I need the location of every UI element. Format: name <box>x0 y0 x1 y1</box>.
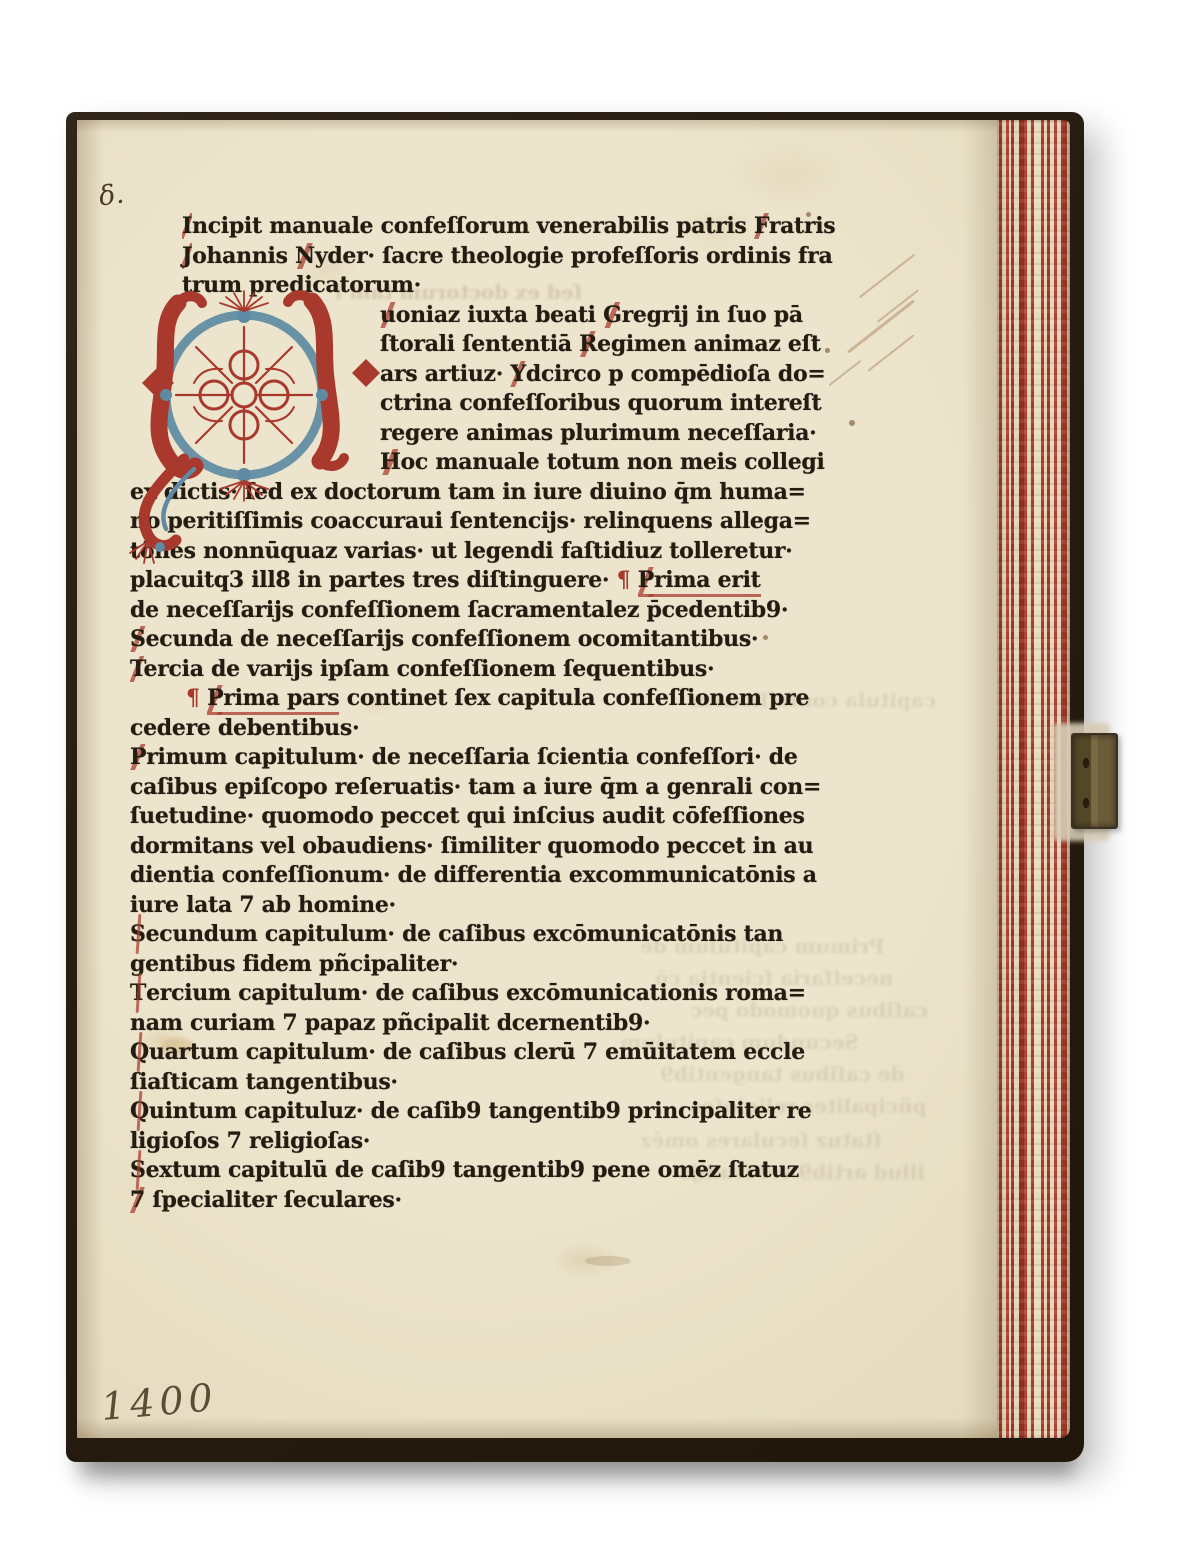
text-line: iure lata 7 ab homine· <box>130 891 806 921</box>
text-line: Quintum capituluz· de caſib9 tangentib9 … <box>130 1097 806 1127</box>
text-line: caſibus epiſcopo reſeruatis· tam a iure … <box>130 773 806 803</box>
scratch-mark <box>847 299 915 353</box>
text-line: ligioſos 7 religioſas· <box>130 1127 806 1157</box>
book-inner: ſed ex doctorum tam icapitula confeſſion… <box>77 120 1070 1438</box>
text-line: cedere debentibus· <box>130 714 806 744</box>
text-line: Secunda de neceſſarijs confeſſionem ocom… <box>130 625 806 655</box>
stain-smudge <box>585 1256 631 1266</box>
scratch-mark <box>868 334 915 371</box>
scratch-mark <box>829 360 862 386</box>
text-line: Incipit manuale confeſſorum venerabilis … <box>182 212 806 242</box>
text-line: Quartum capitulum· de caſibus clerū 7 em… <box>130 1038 806 1068</box>
text-line: ſiaſticam tangentibus· <box>130 1068 806 1098</box>
text-line: gentibus fidem pñcipaliter· <box>130 950 806 980</box>
body-text: ex dictis· ſed ex doctorum tam in iure d… <box>130 478 806 1216</box>
text-line: Sextum capitulū de caſib9 tangentib9 pen… <box>130 1156 806 1186</box>
book-binding: ſed ex doctorum tam icapitula confeſſion… <box>66 112 1084 1462</box>
foxing-spot <box>849 420 855 426</box>
decorated-initial-q <box>130 301 380 477</box>
foxing-spot <box>825 348 830 353</box>
text-line: Primum capitulum· de neceſſaria ſcientia… <box>130 743 806 773</box>
text-line: Tercium capitulum· de caſibus excōmunica… <box>130 979 806 1009</box>
marginalia-mark: ẟ. <box>97 178 126 212</box>
text-line: 7 ſpecialiter ſeculares· <box>130 1186 806 1216</box>
scratch-mark <box>877 289 919 323</box>
clasp-plate <box>1071 733 1118 829</box>
clasp <box>1071 733 1118 829</box>
page: ſed ex doctorum tam icapitula confeſſion… <box>77 120 997 1438</box>
text-line: de neceſſarijs confeſſionem ſacramentale… <box>130 596 806 626</box>
text-line: Secundum capitulum· de caſibus excōmunic… <box>130 920 806 950</box>
text-line: ¶ Prima pars continet ſex capitula confe… <box>130 684 806 714</box>
incipit-heading: Incipit manuale confeſſorum venerabilis … <box>182 212 806 301</box>
marginalia-date: 1400 <box>99 1375 219 1429</box>
text-line: dormitans vel obaudiens· ſimiliter quomo… <box>130 832 806 862</box>
scratch-mark <box>859 254 915 299</box>
text-line: ſuetudine· quomodo peccet qui inſcius au… <box>130 802 806 832</box>
text-column: Incipit manuale confeſſorum venerabilis … <box>130 212 806 1215</box>
initial-q-art <box>114 291 386 583</box>
text-line: Tercia de varijs ipſam confeſſionem ſequ… <box>130 655 806 685</box>
text-line: Johannis Nyder· ſacre theologie profeſſo… <box>182 242 806 272</box>
photo-backdrop: ſed ex doctorum tam icapitula confeſſion… <box>0 0 1200 1552</box>
text-line: dientia confeſſionum· de differentia exc… <box>130 861 806 891</box>
text-line: nam curiam 7 papaz pñcipalit dcernentib9… <box>130 1009 806 1039</box>
